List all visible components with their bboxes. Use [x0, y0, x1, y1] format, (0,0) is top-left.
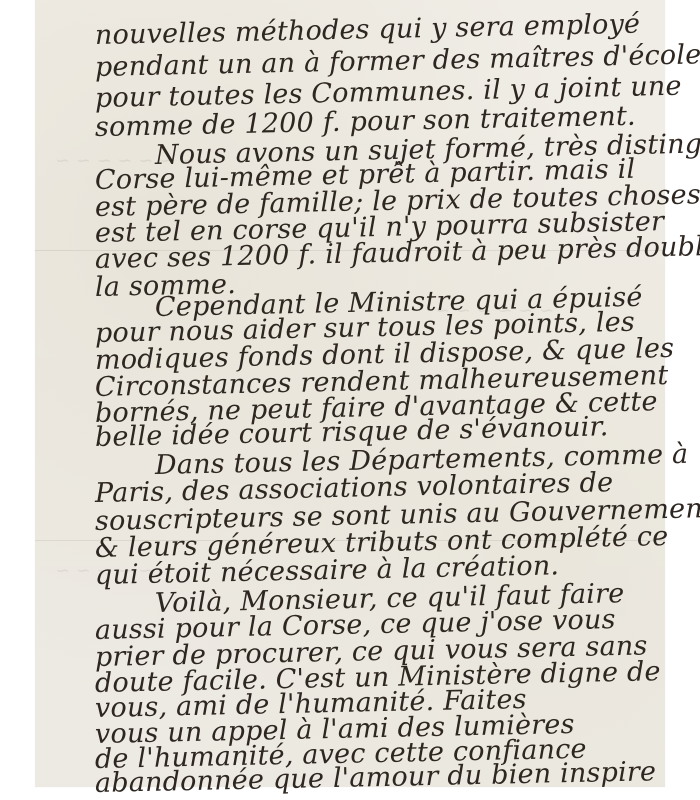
letter-page: ~ ~ ~ ~ ~ ~ ~ ~ ~ ~ ~ ~ ~ ~ ~ ~ ~ ~ nouv…	[35, 0, 665, 787]
